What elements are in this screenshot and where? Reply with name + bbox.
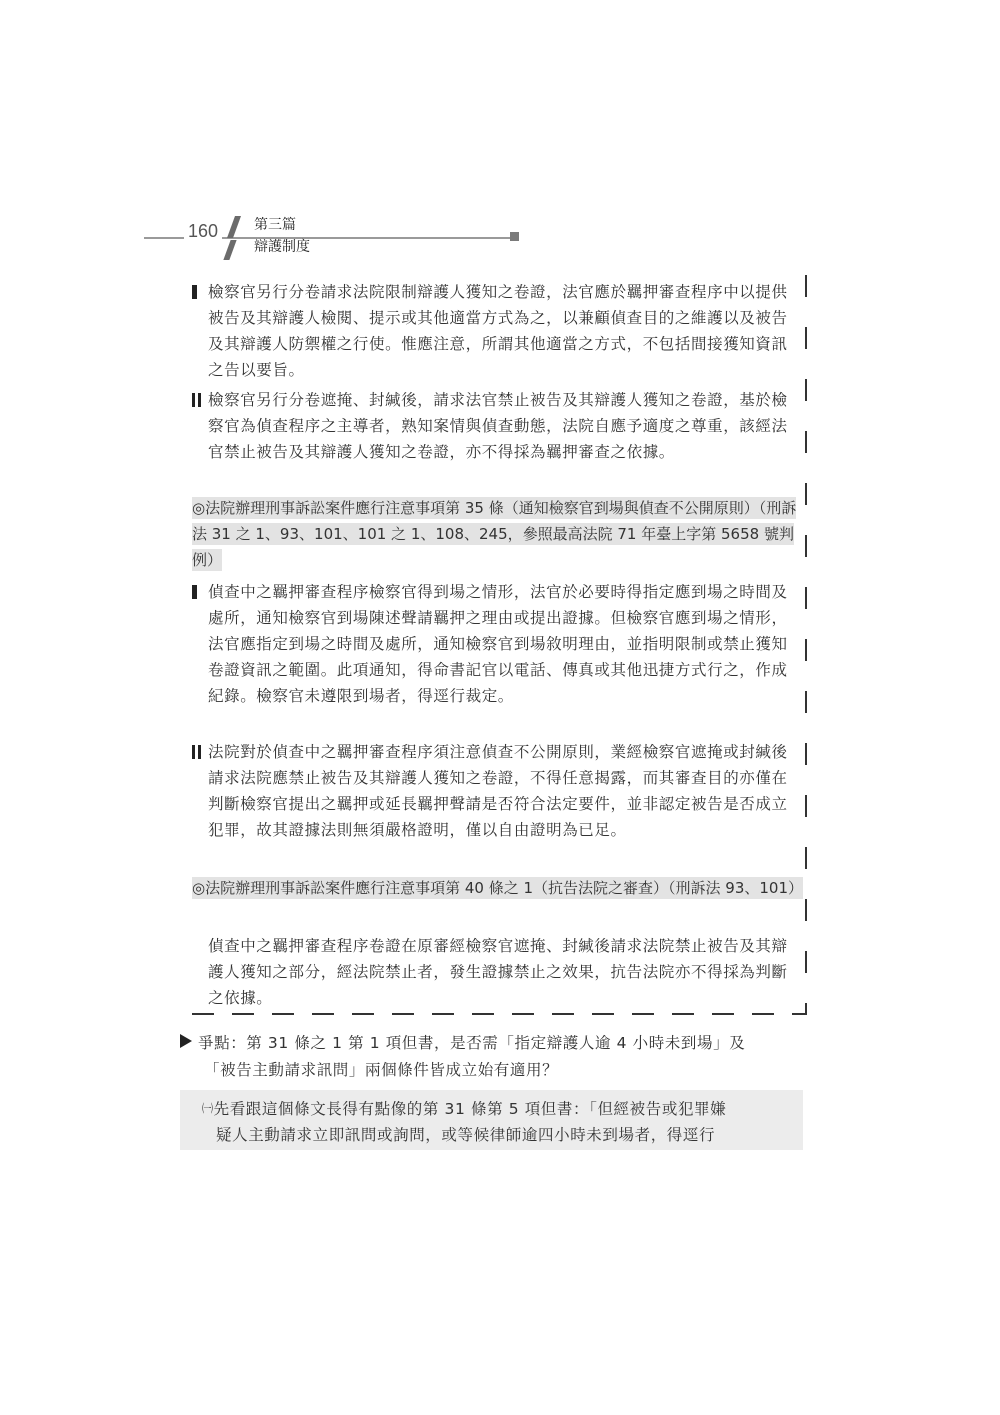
bottom-dashed-border — [192, 1013, 807, 1015]
right-dashed-border — [805, 275, 807, 1015]
chapter-label: 第三篇 — [254, 216, 296, 234]
paragraph-i-2: 偵查中之羈押審查程序檢察官得到場之情形，法官於必要時得指定應到場之時間及處所，通… — [192, 579, 792, 709]
header-rule-end-square — [510, 232, 519, 241]
paragraph-text: 檢察官另行分卷遮掩、封緘後，請求法官禁止被告及其辯護人獲知之卷證，基於檢察官為偵… — [192, 387, 792, 465]
answer-number: ㈠ — [202, 1102, 214, 1115]
roman-two-marker — [192, 745, 201, 759]
question-line-2: 「被告主動請求訊問」兩個條件皆成立始有適用？ — [180, 1057, 800, 1084]
citation-article-35: ◎法院辦理刑事訴訟案件應行注意事項第 35 條（通知檢察官到場與偵查不公開原則）… — [192, 495, 802, 573]
paragraph-appeal-court: 偵查中之羈押審查程序卷證在原審經檢察官遮掩、封緘後請求法院禁止被告及其辯護人獲知… — [208, 933, 800, 1011]
citation-text: ◎法院辦理刑事訴訟案件應行注意事項第 40 條之 1（抗告法院之審查）（刑訴法 … — [192, 877, 803, 899]
roman-one-marker — [192, 285, 197, 299]
paragraph-text: 偵查中之羈押審查程序檢察官得到場之情形，法官於必要時得指定應到場之時間及處所，通… — [192, 579, 792, 709]
paragraph-ii: 檢察官另行分卷遮掩、封緘後，請求法官禁止被告及其辯護人獲知之卷證，基於檢察官為偵… — [192, 387, 792, 465]
citation-text: ◎法院辦理刑事訴訟案件應行注意事項第 35 條（通知檢察官到場與偵查不公開原則）… — [192, 497, 796, 571]
chapter-title: 辯護制度 — [254, 238, 310, 256]
answer-box: ㈠先看跟這個條文長得有點像的第 31 條第 5 項但書：「但經被告或犯罪嫌 疑人… — [180, 1090, 803, 1150]
content-frame: 檢察官另行分卷請求法院限制辯護人獲知之卷證，法官應於羈押審查程序中以提供被告及其… — [192, 275, 807, 1015]
paragraph-text: 法院對於偵查中之羈押審查程序須注意偵查不公開原則，業經檢察官遮掩或封緘後請求法院… — [192, 739, 792, 843]
arrow-icon — [180, 1034, 192, 1048]
roman-one-marker — [192, 585, 197, 599]
paragraph-text: 檢察官另行分卷請求法院限制辯護人獲知之卷證，法官應於羈押審查程序中以提供被告及其… — [192, 279, 792, 383]
paragraph-text: 偵查中之羈押審查程序卷證在原審經檢察官遮掩、封緘後請求法院禁止被告及其辯護人獲知… — [208, 937, 788, 1007]
paragraph-ii-2: 法院對於偵查中之羈押審查程序須注意偵查不公開原則，業經檢察官遮掩或封緘後請求法院… — [192, 739, 792, 843]
answer-line-2: 疑人主動請求立即訊問或詢問，或等候律師逾四小時未到場者，得逕行 — [202, 1122, 793, 1148]
answer-line-1: 先看跟這個條文長得有點像的第 31 條第 5 項但書：「但經被告或犯罪嫌 — [214, 1100, 727, 1118]
question-line-1: 爭點：第 31 條之 1 第 1 項但書，是否需「指定辯護人逾 4 小時未到場」… — [180, 1030, 800, 1057]
roman-two-marker — [192, 393, 201, 407]
slash-decoration — [227, 216, 241, 238]
running-header: 160 第三篇 辯護制度 — [140, 214, 520, 260]
page-number: 160 — [184, 221, 222, 242]
paragraph-i: 檢察官另行分卷請求法院限制辯護人獲知之卷證，法官應於羈押審查程序中以提供被告及其… — [192, 279, 792, 383]
issue-question: 爭點：第 31 條之 1 第 1 項但書，是否需「指定辯護人逾 4 小時未到場」… — [180, 1030, 800, 1084]
slash-decoration — [223, 240, 236, 260]
citation-article-40-1: ◎法院辦理刑事訴訟案件應行注意事項第 40 條之 1（抗告法院之審查）（刑訴法 … — [192, 875, 802, 901]
